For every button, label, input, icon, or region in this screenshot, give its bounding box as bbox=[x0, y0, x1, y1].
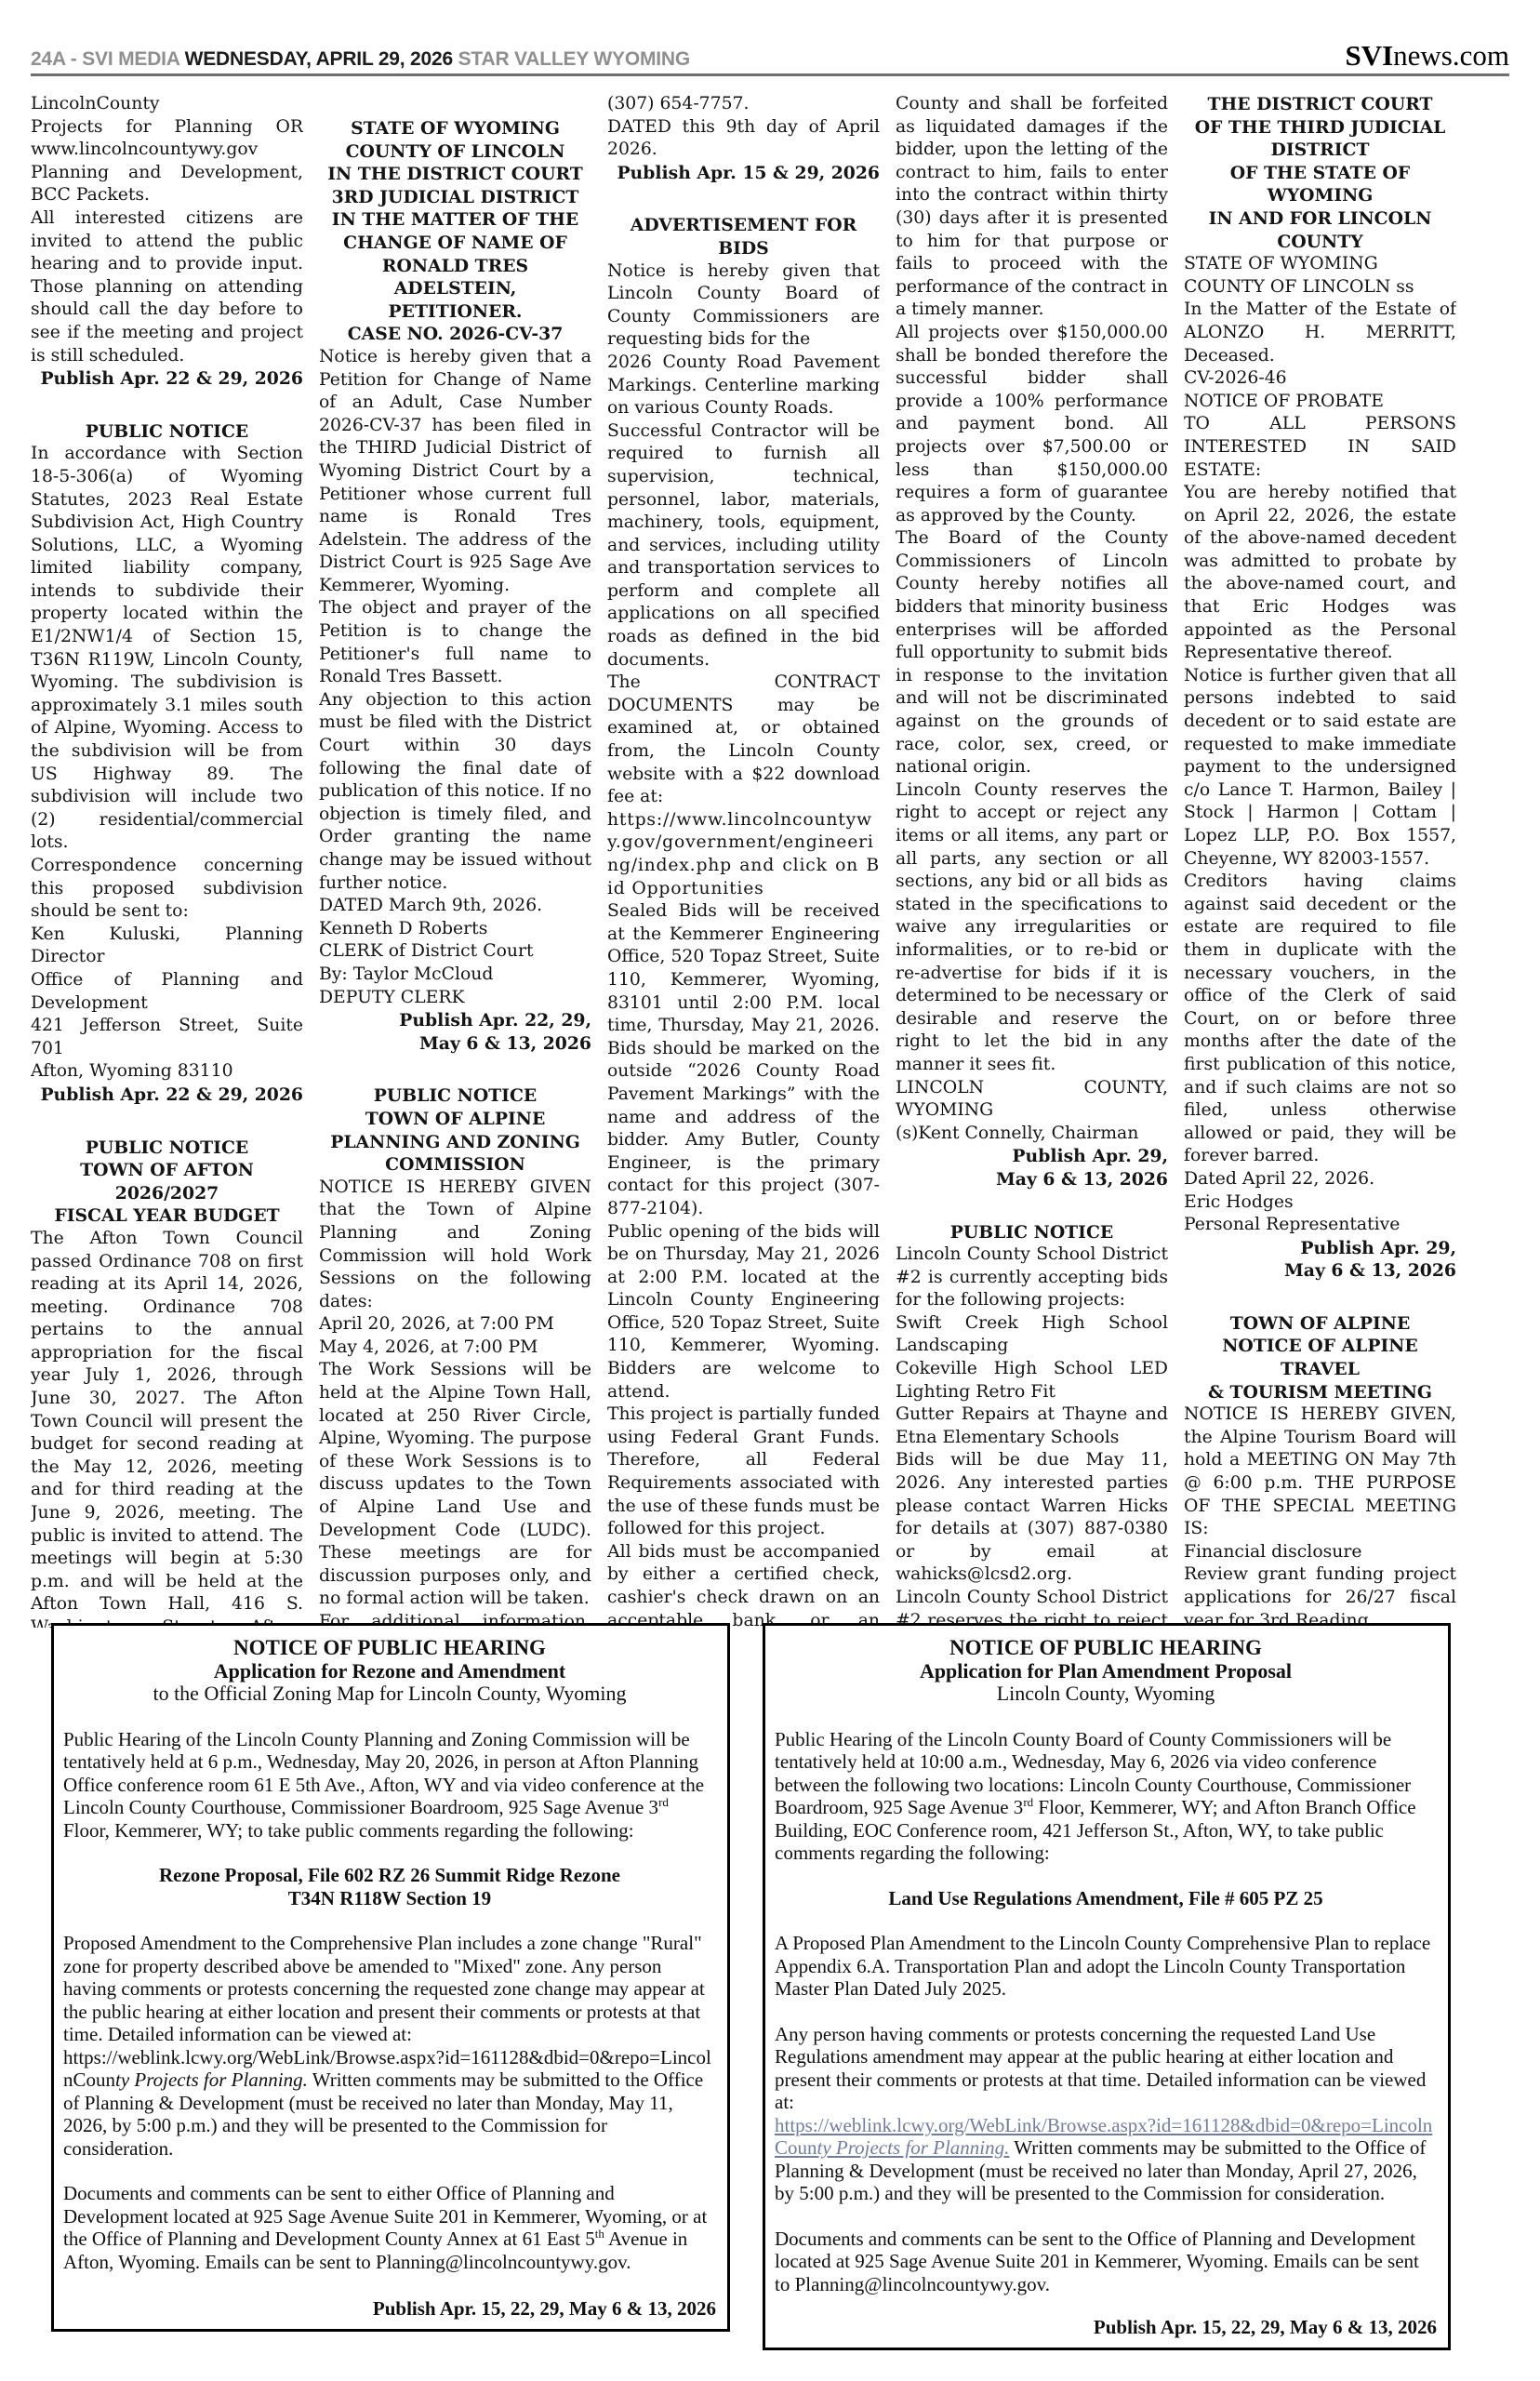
public-hearing-box-plan-amendment: NOTICE OF PUBLIC HEARING Application for… bbox=[763, 1623, 1451, 2350]
issue-date: WEDNESDAY, APRIL 29, 2026 bbox=[185, 48, 458, 70]
ordinal-superscript: rd bbox=[1023, 1795, 1033, 1809]
notice-paragraph: Public opening of the bids will be on Th… bbox=[607, 1221, 880, 1404]
notice-paragraph: The Afton Town Council passed Ordinance … bbox=[31, 1228, 303, 1628]
legal-notices-area: LincolnCountyProjects for Planning OR ww… bbox=[31, 93, 1456, 1628]
notice-paragraph: NOTICE IS HEREBY GIVEN, the Alpine Touri… bbox=[1184, 1403, 1456, 1541]
ordinal-superscript: th bbox=[595, 2227, 604, 2241]
notice-paragraph: You are hereby notified that on April 22… bbox=[1184, 482, 1456, 665]
site-brand: SVInews.com bbox=[1345, 39, 1509, 73]
notice-paragraph: TO ALL PERSONS INTERESTED IN SAID ESTATE… bbox=[1184, 413, 1456, 482]
notice-paragraph: Lincoln County School District #2 is cur… bbox=[896, 1244, 1168, 1312]
legal-column-2: STATE OF WYOMING COUNTY OF LINCOLN IN TH… bbox=[319, 93, 591, 1628]
notice-paragraph: Notice is hereby given that Lincoln Coun… bbox=[607, 260, 880, 352]
notice-heading: STATE OF WYOMING COUNTY OF LINCOLN IN TH… bbox=[319, 117, 591, 346]
notice-paragraph: Notice is hereby given that a Petition f… bbox=[319, 346, 591, 598]
publish-line: Publish Apr. 15, 22, 29, May 6 & 13, 202… bbox=[63, 2297, 716, 2321]
rezone-proposal-heading: Rezone Proposal, File 602 RZ 26 Summit R… bbox=[63, 1864, 716, 1909]
notice-paragraph: LincolnCounty bbox=[31, 93, 303, 116]
notice-paragraph: The Board of the County Commissioners of… bbox=[896, 527, 1168, 779]
notice-paragraph: DATED this 9th day of April 2026. bbox=[607, 116, 880, 162]
notice-paragraph: Personal Representative bbox=[1184, 1214, 1456, 1237]
notice-paragraph: Lincoln County reserves the right to acc… bbox=[896, 779, 1168, 1077]
box-title: NOTICE OF PUBLIC HEARING bbox=[63, 1637, 716, 1660]
hearing-details-paragraph: Public Hearing of the Lincoln County Boa… bbox=[775, 1728, 1437, 1865]
weblink-label[interactable]: ty Projects for Planning. bbox=[817, 2136, 1010, 2159]
notice-paragraph: Sealed Bids will be received at the Kemm… bbox=[607, 900, 880, 1220]
notice-paragraph: The Work Sessions will be held at the Al… bbox=[319, 1359, 591, 1611]
box-subtitle2: to the Official Zoning Map for Lincoln C… bbox=[63, 1683, 716, 1706]
header-divider bbox=[31, 73, 1509, 76]
notice-paragraph: LINCOLN COUNTY, WYOMING bbox=[896, 1077, 1168, 1123]
notice-paragraph: Eric Hodges bbox=[1184, 1191, 1456, 1215]
notice-gap bbox=[31, 1107, 303, 1137]
publish-line: Publish Apr. 29, May 6 & 13, 2026 bbox=[1184, 1237, 1456, 1283]
box-title: NOTICE OF PUBLIC HEARING bbox=[775, 1637, 1437, 1660]
amendment-paragraph: Proposed Amendment to the Comprehensive … bbox=[63, 1932, 716, 2046]
notice-paragraph: May 4, 2026, at 7:00 PM bbox=[319, 1337, 591, 1360]
notice-paragraph: Kenneth D Roberts bbox=[319, 918, 591, 941]
publish-line: Publish Apr. 29, May 6 & 13, 2026 bbox=[896, 1145, 1168, 1190]
notice-paragraph: CLERK of District Court bbox=[319, 940, 591, 964]
brand-bold: SVI bbox=[1345, 39, 1393, 72]
land-use-amendment-heading: Land Use Regulations Amendment, File # 6… bbox=[775, 1887, 1437, 1910]
legal-column-4: County and shall be forfeited as liquida… bbox=[896, 93, 1168, 1628]
notice-paragraph: Successful Contractor will be required t… bbox=[607, 420, 880, 672]
brand-rest: news.com bbox=[1393, 39, 1509, 72]
notice-paragraph: (307) 654-7757. bbox=[607, 93, 880, 116]
plan-amendment-paragraph: A Proposed Plan Amendment to the Lincoln… bbox=[775, 1932, 1437, 2001]
hearing-details-paragraph: Public Hearing of the Lincoln County Pla… bbox=[63, 1728, 716, 1842]
notice-heading: PUBLIC NOTICE TOWN OF AFTON 2026/2027 FI… bbox=[31, 1137, 303, 1228]
publish-line: Publish Apr. 22 & 29, 2026 bbox=[31, 367, 303, 391]
notice-gap bbox=[607, 184, 880, 214]
notice-paragraph: Review grant funding project application… bbox=[1184, 1563, 1456, 1628]
notice-gap bbox=[319, 93, 591, 117]
ordinal-superscript: rd bbox=[658, 1795, 669, 1809]
page-number-label: 24A - SVI MEDIA bbox=[31, 48, 185, 70]
notice-paragraph: By: Taylor McCloud bbox=[319, 964, 591, 987]
notice-paragraph: NOTICE IS HEREBY GIVEN that the Town of … bbox=[319, 1177, 591, 1314]
publish-line: Publish Apr. 22 & 29, 2026 bbox=[31, 1084, 303, 1107]
link-paragraph: https://weblink.lcwy.org/WebLink/Browse.… bbox=[63, 2046, 716, 2161]
notice-paragraph: The object and prayer of the Petition is… bbox=[319, 597, 591, 688]
notice-paragraph: DATED March 9th, 2026. bbox=[319, 895, 591, 918]
paragraph-text: Floor, Kemmerer, WY; to take public comm… bbox=[63, 1819, 634, 1842]
notice-heading: PUBLIC NOTICE bbox=[31, 420, 303, 444]
paragraph-text: Public Hearing of the Lincoln County Pla… bbox=[63, 1728, 704, 1819]
notice-paragraph: County and shall be forfeited as liquida… bbox=[896, 93, 1168, 322]
publish-line: Publish Apr. 15, 22, 29, May 6 & 13, 202… bbox=[775, 2316, 1437, 2339]
legal-column-3: (307) 654-7757.DATED this 9th day of Apr… bbox=[607, 93, 880, 1628]
notice-paragraph: Projects for Planning OR www.lincolncoun… bbox=[31, 116, 303, 207]
publish-line: Publish Apr. 15 & 29, 2026 bbox=[607, 162, 880, 185]
comments-paragraph: Any person having comments or protests c… bbox=[775, 2023, 1437, 2114]
notice-paragraph: All bids must be accompanied by either a… bbox=[607, 1541, 880, 1628]
notice-paragraph: Office of Planning and Development bbox=[31, 969, 303, 1015]
public-hearing-box-rezone: NOTICE OF PUBLIC HEARING Application for… bbox=[51, 1623, 730, 2332]
notice-paragraph: Correspondence concerning this proposed … bbox=[31, 855, 303, 924]
box-subtitle2: Lincoln County, Wyoming bbox=[775, 1683, 1437, 1706]
link-paragraph: https://weblink.lcwy.org/WebLink/Browse.… bbox=[775, 2114, 1437, 2205]
legal-column-5: THE DISTRICT COURT OF THE THIRD JUDICIAL… bbox=[1184, 93, 1456, 1628]
notice-paragraph: All projects over $150,000.00 shall be b… bbox=[896, 322, 1168, 527]
notice-paragraph: April 20, 2026, at 7:00 PM bbox=[319, 1313, 591, 1337]
heading-line: T34N R118W Section 19 bbox=[288, 1887, 491, 1909]
box-subtitle: Application for Plan Amendment Proposal bbox=[775, 1660, 1437, 1683]
notice-paragraph: Ken Kuluski, Planning Director bbox=[31, 924, 303, 969]
notice-paragraph: Gutter Repairs at Thayne and Etna Elemen… bbox=[896, 1403, 1168, 1449]
notice-gap bbox=[896, 1191, 1168, 1221]
notice-paragraph: Lincoln County School District #2 reserv… bbox=[896, 1587, 1168, 1628]
notice-paragraph: CV-2026-46 bbox=[1184, 367, 1456, 391]
region-label: STAR VALLEY WYOMING bbox=[458, 48, 690, 70]
notice-paragraph: Swift Creek High School Landscaping bbox=[896, 1312, 1168, 1358]
heading-line: Rezone Proposal, File 602 RZ 26 Summit R… bbox=[159, 1864, 620, 1886]
notice-paragraph: Dated April 22, 2026. bbox=[1184, 1168, 1456, 1191]
publish-line: Publish Apr. 22, 29, May 6 & 13, 2026 bbox=[319, 1009, 591, 1055]
notice-gap bbox=[1184, 1283, 1456, 1312]
notice-paragraph: In accordance with Section 18-5-306(a) o… bbox=[31, 443, 303, 855]
notice-paragraph: Notice is further given that all persons… bbox=[1184, 665, 1456, 871]
documents-paragraph: Documents and comments can be sent to th… bbox=[775, 2228, 1437, 2296]
notice-gap bbox=[31, 391, 303, 420]
notice-paragraph: Financial disclosure bbox=[1184, 1541, 1456, 1564]
notice-paragraph: (s)Kent Connelly, Chairman bbox=[896, 1123, 1168, 1146]
notice-paragraph: This project is partially funded using F… bbox=[607, 1403, 880, 1541]
notice-paragraph: In the Matter of the Estate of ALONZO H.… bbox=[1184, 299, 1456, 367]
notice-heading: THE DISTRICT COURT OF THE THIRD JUDICIAL… bbox=[1184, 93, 1456, 253]
notice-paragraph: Afton, Wyoming 83110 bbox=[31, 1060, 303, 1084]
documents-paragraph: Documents and comments can be sent to ei… bbox=[63, 2182, 716, 2273]
notice-paragraph: All interested citizens are invited to a… bbox=[31, 207, 303, 367]
page-header: 24A - SVI MEDIA WEDNESDAY, APRIL 29, 202… bbox=[31, 39, 1509, 73]
box-subtitle: Application for Rezone and Amendment bbox=[63, 1660, 716, 1683]
notice-paragraph: Creditors having claims against said dec… bbox=[1184, 871, 1456, 1168]
notice-paragraph: 2026 County Road Pavement Markings. Cent… bbox=[607, 352, 880, 420]
notice-paragraph: The CONTRACT DOCUMENTS may be examined a… bbox=[607, 672, 880, 809]
notice-paragraph: Any objection to this action must be fil… bbox=[319, 689, 591, 895]
notice-paragraph: Bids will be due May 11, 2026. Any inter… bbox=[896, 1449, 1168, 1587]
notice-paragraph: NOTICE OF PROBATE bbox=[1184, 391, 1456, 414]
masthead-line: 24A - SVI MEDIA WEDNESDAY, APRIL 29, 202… bbox=[31, 48, 690, 71]
notice-paragraph: COUNTY OF LINCOLN ss bbox=[1184, 276, 1456, 299]
notice-heading: PUBLIC NOTICE bbox=[896, 1221, 1168, 1244]
notice-paragraph: DEPUTY CLERK bbox=[319, 987, 591, 1010]
legal-column-1: LincolnCountyProjects for Planning OR ww… bbox=[31, 93, 303, 1628]
notice-heading: ADVERTISEMENT FOR BIDS bbox=[607, 214, 880, 259]
weblink-label[interactable]: ty Projects for Planning. bbox=[115, 2068, 308, 2091]
notice-heading: TOWN OF ALPINE NOTICE OF ALPINE TRAVEL &… bbox=[1184, 1312, 1456, 1403]
notice-heading: PUBLIC NOTICE TOWN OF ALPINE PLANNING AN… bbox=[319, 1084, 591, 1176]
notice-paragraph: 421 Jefferson Street, Suite 701 bbox=[31, 1015, 303, 1060]
notice-gap bbox=[319, 1055, 591, 1084]
notice-paragraph: STATE OF WYOMING bbox=[1184, 253, 1456, 276]
notice-paragraph: Cokeville High School LED Lighting Retro… bbox=[896, 1358, 1168, 1403]
notice-paragraph: https://www.lincolncountywy.gov/governme… bbox=[607, 809, 880, 900]
